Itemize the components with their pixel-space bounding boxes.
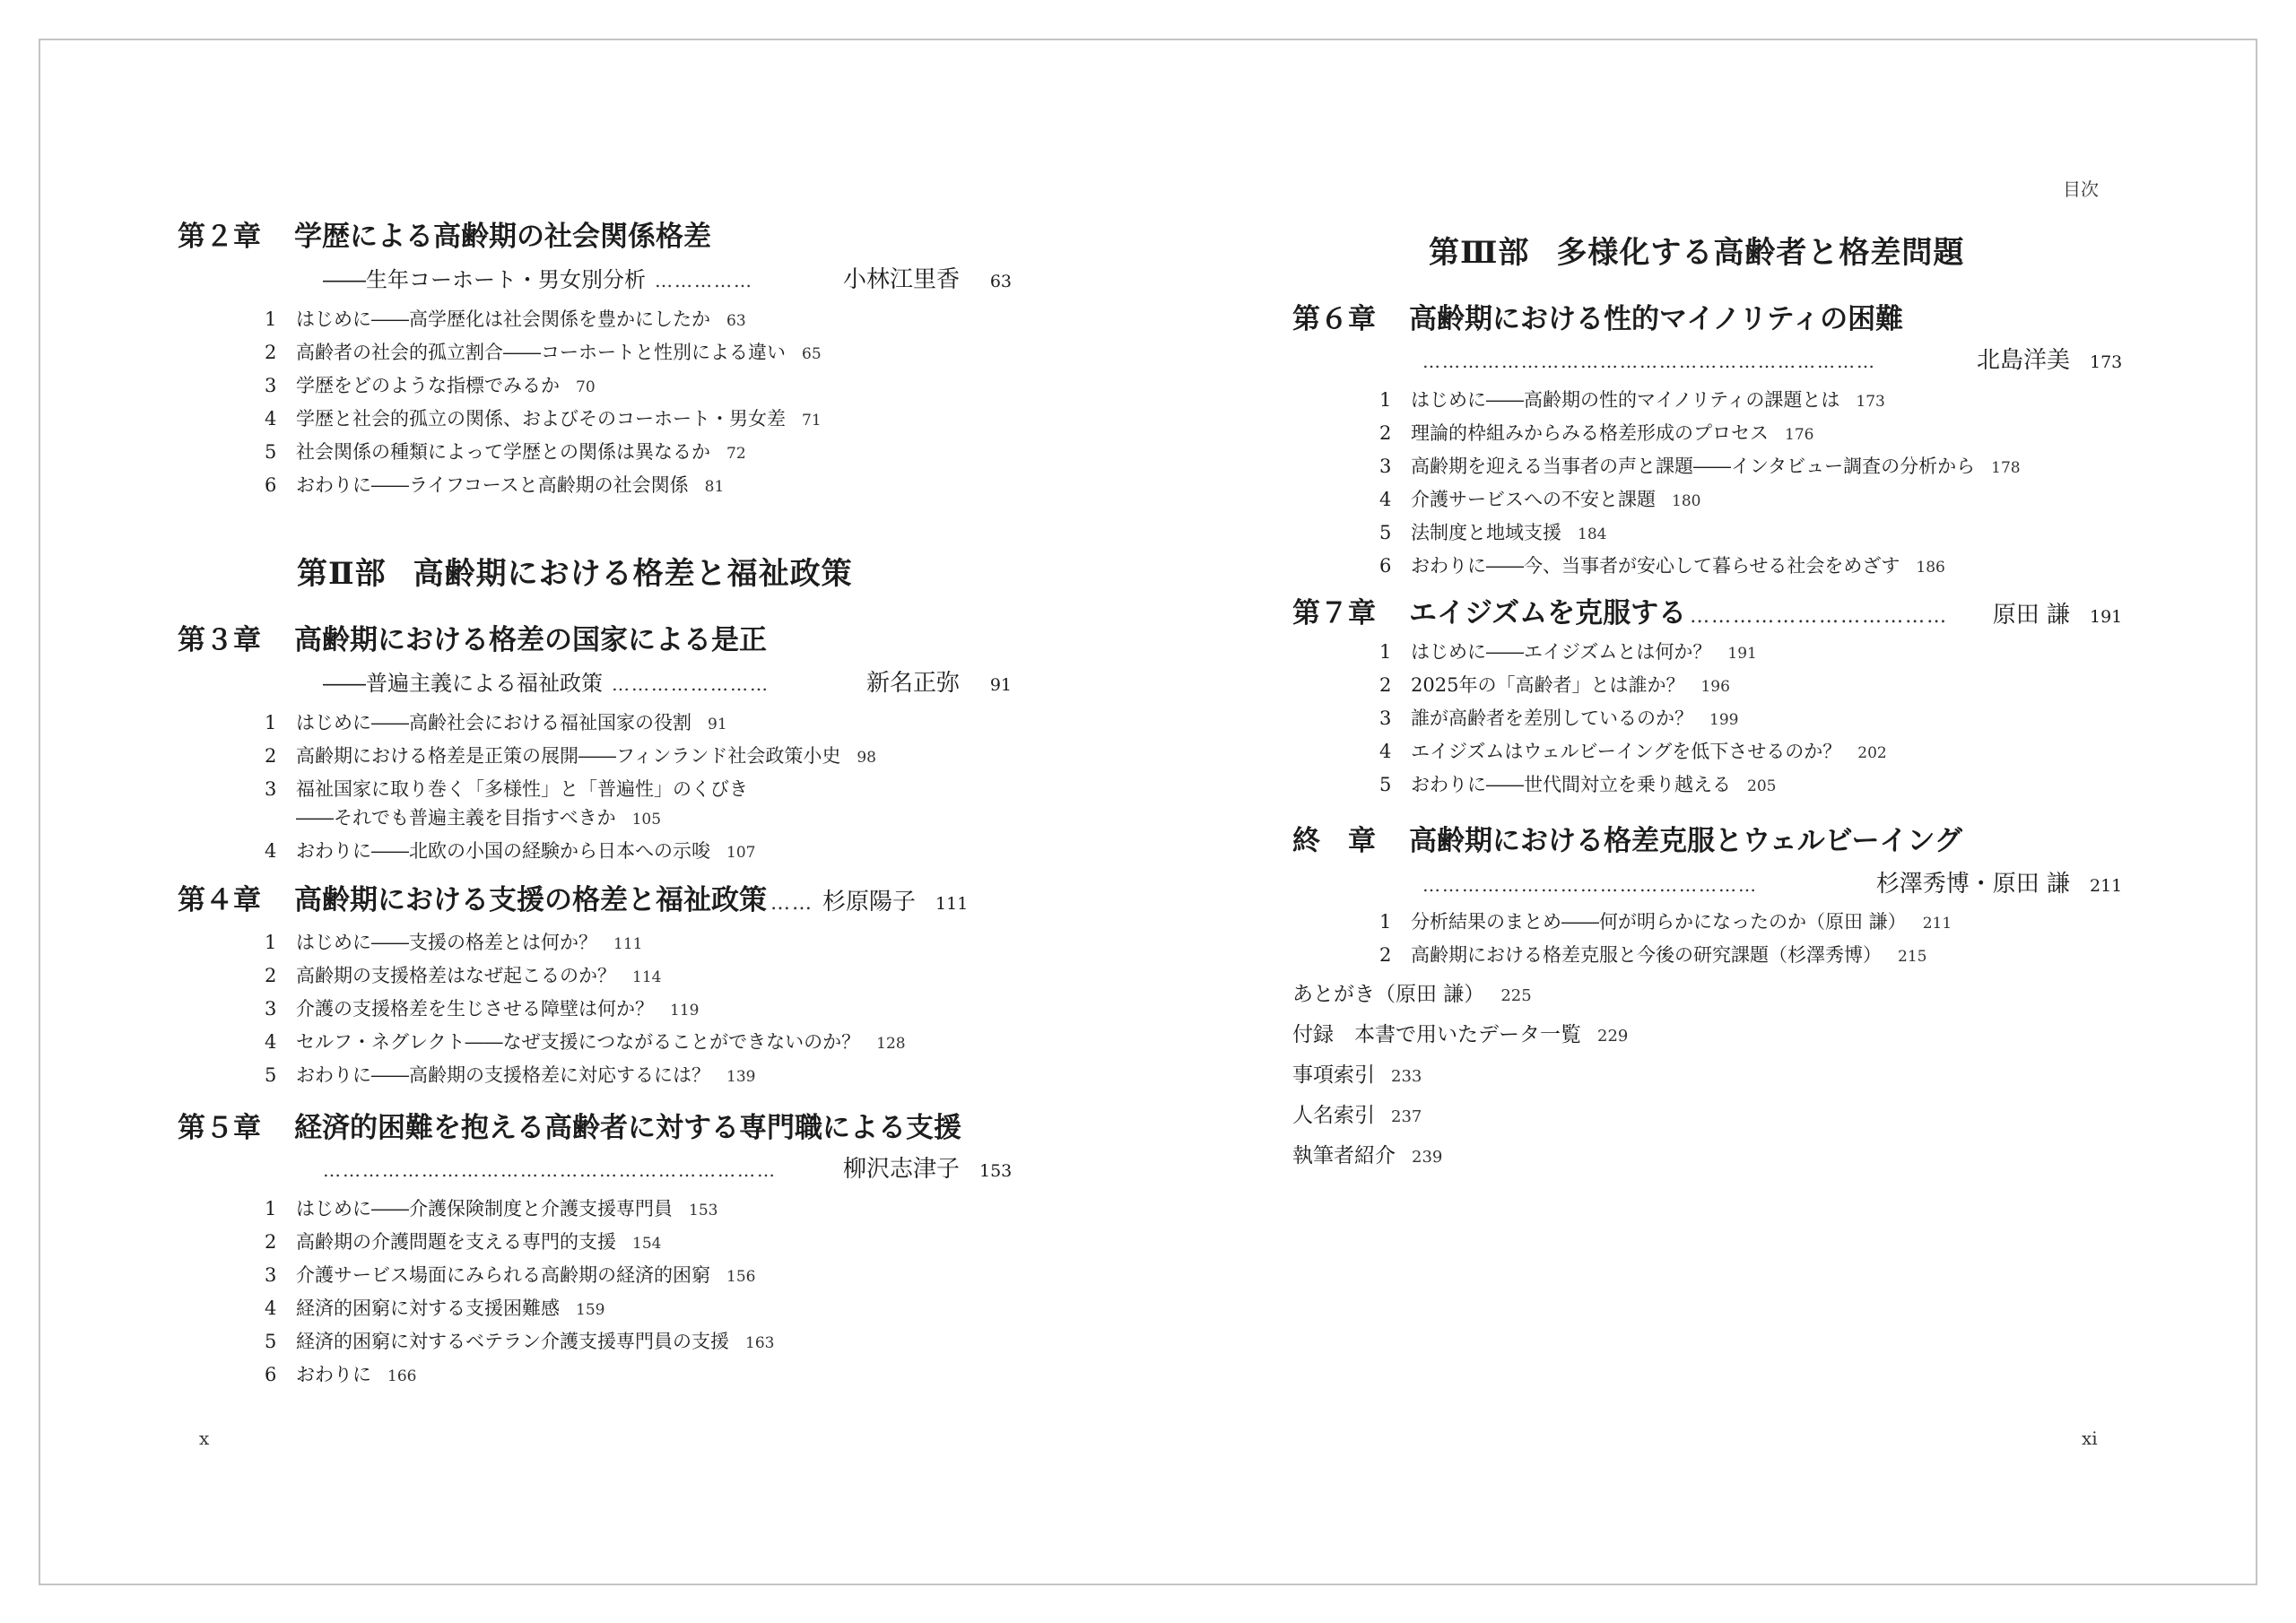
section-page-number: 154 bbox=[632, 1235, 661, 1253]
section-title: 高齢者の社会的孤立割合――コーホートと性別による違い bbox=[296, 338, 786, 365]
chapter-label: 第６章 bbox=[1292, 296, 1409, 336]
section-number: 5 bbox=[1379, 522, 1411, 543]
section-item[interactable]: 5経済的困窮に対するベテラン介護支援専門員の支援163 bbox=[265, 1327, 1012, 1360]
section-list: 1はじめに――高学歴化は社会関係を豊かにしたか63 2高齢者の社会的孤立割合――… bbox=[178, 305, 1012, 504]
section-number: 3 bbox=[265, 998, 296, 1020]
chapter-page-number: 211 bbox=[2090, 876, 2122, 896]
section-title: 介護サービス場面にみられる高齢期の経済的困窮 bbox=[296, 1261, 710, 1288]
section-item[interactable]: 4学歴と社会的孤立の関係、およびそのコーホート・男女差71 bbox=[265, 404, 1012, 438]
section-item[interactable]: 2高齢期における格差克服と今後の研究課題（杉澤秀博）215 bbox=[1379, 941, 2122, 974]
section-item[interactable]: 6おわりに――今、当事者が安心して暮らせる社会をめざす186 bbox=[1379, 551, 2122, 585]
section-item[interactable]: 3介護の支援格差を生じさせる障壁は何か？119 bbox=[265, 994, 1012, 1028]
section-number: 3 bbox=[1379, 707, 1411, 729]
part-label: 第Ⅲ部 bbox=[1429, 235, 1529, 271]
section-item[interactable]: 5社会関係の種類によって学歴との関係は異なるか72 bbox=[265, 438, 1012, 471]
chapter-author: 北島洋美 bbox=[1977, 342, 2070, 375]
section-number: 6 bbox=[265, 1364, 296, 1385]
section-number: 4 bbox=[1379, 741, 1411, 762]
section-title: 誰が高齢者を差別しているのか？ bbox=[1411, 704, 1693, 731]
chapter-author: 新名正弥 bbox=[866, 664, 960, 698]
chapter-heading[interactable]: 第５章 経済的困難を抱える高齢者に対する専門職による支援 bbox=[178, 1105, 1012, 1145]
section-item[interactable]: 1はじめに――高齢期の性的マイノリティの課題とは173 bbox=[1379, 386, 2122, 419]
chapter-byline: ――生年コーホート・男女別分析 …………… 小林江里香 63 bbox=[178, 261, 1012, 294]
section-item[interactable]: 3誰が高齢者を差別しているのか？199 bbox=[1379, 704, 2122, 737]
section-title: 高齢期の介護問題を支える専門的支援 bbox=[296, 1228, 616, 1254]
section-item[interactable]: 5おわりに――世代間対立を乗り越える205 bbox=[1379, 770, 2122, 803]
section-number: 4 bbox=[265, 1031, 296, 1053]
section-title: はじめに――高齢社会における福祉国家の役割 bbox=[296, 708, 691, 735]
chapter-title-text: エイジズムを克服する bbox=[1409, 590, 1686, 630]
section-page-number: 176 bbox=[1785, 426, 1813, 444]
section-title: 分析結果のまとめ――何が明らかになったのか（原田 謙） bbox=[1411, 907, 1907, 934]
section-item[interactable]: 3高齢期を迎える当事者の声と課題――インタビュー調査の分析から178 bbox=[1379, 452, 2122, 485]
section-title: 介護の支援格差を生じさせる障壁は何か？ bbox=[296, 994, 654, 1021]
section-page-number: 180 bbox=[1672, 492, 1700, 510]
back-matter-title: 人名索引 bbox=[1292, 1098, 1375, 1128]
chapter-page-number: 173 bbox=[2090, 352, 2122, 372]
section-page-number: 191 bbox=[1727, 645, 1756, 663]
section-page-number: 98 bbox=[857, 749, 876, 767]
back-matter-list: あとがき（原田 謙）225 付録 本書で用いたデータ一覧229 事項索引233 … bbox=[1292, 977, 2122, 1179]
section-number: 2 bbox=[265, 1231, 296, 1253]
section-page-number: 71 bbox=[802, 412, 822, 430]
dot-leader: …………………………………………… bbox=[1422, 874, 1864, 896]
dot-leader: …………………… bbox=[612, 673, 854, 695]
section-title: はじめに――エイジズムとは何か？ bbox=[1411, 638, 1711, 664]
section-title: 介護サービスへの不安と課題 bbox=[1411, 485, 1656, 512]
section-number: 1 bbox=[265, 308, 296, 330]
part-3-heading[interactable]: 第Ⅲ部多様化する高齢者と格差問題 bbox=[1292, 228, 2258, 272]
chapter-2: 第２章 学歴による高齢期の社会関係格差 ――生年コーホート・男女別分析 …………… bbox=[178, 213, 1012, 504]
section-page-number: 215 bbox=[1898, 948, 1926, 966]
section-list: 1分析結果のまとめ――何が明らかになったのか（原田 謙）211 2高齢期における… bbox=[1292, 907, 2122, 974]
section-page-number: 70 bbox=[576, 378, 596, 396]
chapter-label: 第３章 bbox=[178, 617, 294, 657]
section-page-number: 91 bbox=[708, 716, 727, 733]
section-number: 1 bbox=[1379, 389, 1411, 411]
section-item[interactable]: 6おわりに――ライフコースと高齢期の社会関係81 bbox=[265, 471, 1012, 504]
part-title-text: 高齢期における格差と福祉政策 bbox=[413, 556, 853, 592]
back-matter-page-number: 239 bbox=[1412, 1148, 1442, 1167]
section-title: 学歴と社会的孤立の関係、およびそのコーホート・男女差 bbox=[296, 404, 786, 431]
section-list: 1はじめに――エイジズムとは何か？191 22025年の「高齢者」とは誰か？19… bbox=[1292, 638, 2122, 803]
section-page-number: 128 bbox=[876, 1035, 905, 1053]
section-item[interactable]: 3介護サービス場面にみられる高齢期の経済的困窮156 bbox=[265, 1261, 1012, 1294]
section-page-number: 139 bbox=[726, 1068, 755, 1086]
section-item[interactable]: 1はじめに――高学歴化は社会関係を豊かにしたか63 bbox=[265, 305, 1012, 338]
section-item[interactable]: 22025年の「高齢者」とは誰か？196 bbox=[1379, 671, 2122, 704]
section-item[interactable]: 1はじめに――介護保険制度と介護支援専門員153 bbox=[265, 1194, 1012, 1228]
section-number: 1 bbox=[265, 712, 296, 733]
chapter-7: 第７章 エイジズムを克服する ……………………………… 原田 謙 191 1はじ… bbox=[1292, 590, 2122, 803]
section-title: はじめに――支援の格差とは何か？ bbox=[296, 928, 597, 955]
chapter-4: 第４章 高齢期における支援の格差と福祉政策 …… 杉原陽子 111 1はじめに―… bbox=[178, 877, 1012, 1094]
chapter-title-text: 高齢期における性的マイノリティの困難 bbox=[1409, 296, 1903, 336]
chapter-6: 第６章 高齢期における性的マイノリティの困難 ……………………………………………… bbox=[1292, 296, 2122, 585]
back-matter-item[interactable]: 執筆者紹介239 bbox=[1292, 1139, 2122, 1179]
part-label: 第Ⅱ部 bbox=[297, 556, 387, 592]
section-title: はじめに――高齢期の性的マイノリティの課題とは bbox=[1411, 386, 1839, 412]
section-item[interactable]: 2高齢期の支援格差はなぜ起こるのか？114 bbox=[265, 961, 1012, 994]
section-item[interactable]: 1分析結果のまとめ――何が明らかになったのか（原田 謙）211 bbox=[1379, 907, 2122, 941]
section-page-number: 153 bbox=[689, 1202, 717, 1219]
section-number: 2 bbox=[1379, 674, 1411, 696]
chapter-page-number: 191 bbox=[2090, 607, 2122, 627]
section-page-number: 65 bbox=[802, 345, 822, 363]
section-page-number: 107 bbox=[726, 844, 755, 862]
dot-leader: …………………………………………………………… bbox=[323, 1159, 831, 1181]
section-list: 1はじめに――高齢社会における福祉国家の役割91 2高齢期における格差是正策の展… bbox=[178, 708, 1012, 870]
section-page-number: 63 bbox=[726, 312, 746, 330]
back-matter-page-number: 237 bbox=[1391, 1107, 1422, 1126]
section-number: 4 bbox=[265, 408, 296, 430]
section-item[interactable]: 2高齢者の社会的孤立割合――コーホートと性別による違い65 bbox=[265, 338, 1012, 371]
chapter-page-number: 91 bbox=[979, 675, 1012, 695]
chapter-byline: …………………………………………………………… 柳沢志津子 153 bbox=[178, 1150, 1012, 1184]
section-title: おわりに bbox=[296, 1360, 371, 1387]
dot-leader: …………………………………………………………… bbox=[1422, 351, 1964, 372]
section-item[interactable]: 6おわりに166 bbox=[265, 1360, 1012, 1393]
section-title: おわりに――ライフコースと高齢期の社会関係 bbox=[296, 471, 689, 498]
chapter-byline: ――普遍主義による福祉政策 …………………… 新名正弥 91 bbox=[178, 664, 1012, 698]
section-page-number: 105 bbox=[632, 811, 661, 829]
section-title: 高齢期の支援格差はなぜ起こるのか？ bbox=[296, 961, 616, 988]
section-page-number: 114 bbox=[632, 968, 661, 986]
section-page-number: 81 bbox=[705, 478, 725, 496]
section-page-number: 211 bbox=[1923, 915, 1952, 933]
chapter-title-text: 高齢期における支援の格差と福祉政策 bbox=[294, 877, 767, 917]
chapter-title-text: 学歴による高齢期の社会関係格差 bbox=[294, 213, 711, 254]
chapter-title-text: 高齢期における格差の国家による是正 bbox=[294, 617, 767, 657]
section-number: 6 bbox=[265, 474, 296, 496]
chapter-author: 杉澤秀博・原田 謙 bbox=[1876, 865, 2070, 898]
section-number: 2 bbox=[265, 342, 296, 363]
section-title: 高齢期を迎える当事者の声と課題――インタビュー調査の分析から bbox=[1411, 452, 1975, 479]
back-matter-page-number: 233 bbox=[1391, 1067, 1422, 1086]
dot-leader: …… bbox=[770, 892, 813, 915]
section-page-number: 72 bbox=[726, 445, 746, 463]
section-number: 1 bbox=[1379, 911, 1411, 933]
section-title: エイジズムはウェルビーイングを低下させるのか？ bbox=[1411, 737, 1841, 764]
section-title: おわりに――今、当事者が安心して暮らせる社会をめざす bbox=[1411, 551, 1900, 578]
section-item[interactable]: 4おわりに――北欧の小国の経験から日本への示唆107 bbox=[265, 837, 1012, 870]
chapter-byline: …………………………………………………………… 北島洋美 173 bbox=[1292, 342, 2122, 375]
section-title: おわりに――北欧の小国の経験から日本への示唆 bbox=[296, 837, 710, 864]
section-item[interactable]: 4エイジズムはウェルビーイングを低下させるのか？202 bbox=[1379, 737, 2122, 770]
chapter-label: 終 章 bbox=[1292, 818, 1409, 858]
section-page-number: 119 bbox=[670, 1002, 699, 1020]
back-matter-page-number: 225 bbox=[1500, 986, 1531, 1005]
section-title: はじめに――高学歴化は社会関係を豊かにしたか bbox=[296, 305, 710, 332]
chapter-5: 第５章 経済的困難を抱える高齢者に対する専門職による支援 ……………………………… bbox=[178, 1105, 1012, 1393]
section-number: 1 bbox=[1379, 641, 1411, 663]
section-number: 5 bbox=[265, 1064, 296, 1086]
chapter-3: 第３章 高齢期における格差の国家による是正 ――普遍主義による福祉政策 …………… bbox=[178, 617, 1012, 870]
section-item[interactable]: 5おわりに――高齢期の支援格差に対応するには？139 bbox=[265, 1061, 1012, 1094]
section-title: 社会関係の種類によって学歴との関係は異なるか bbox=[296, 438, 710, 464]
section-item[interactable]: 1はじめに――高齢社会における福祉国家の役割91 bbox=[265, 708, 1012, 742]
part-2-heading[interactable]: 第Ⅱ部高齢期における格差と福祉政策 bbox=[178, 549, 1131, 593]
section-title: 経済的困窮に対するベテラン介護支援専門員の支援 bbox=[296, 1327, 729, 1354]
section-number: 1 bbox=[265, 1198, 296, 1219]
chapter-heading[interactable]: 第２章 学歴による高齢期の社会関係格差 bbox=[178, 213, 1012, 254]
section-number: 5 bbox=[265, 441, 296, 463]
section-title: おわりに――世代間対立を乗り越える bbox=[1411, 770, 1731, 797]
chapter-label: 第２章 bbox=[178, 213, 294, 254]
section-page-number: 159 bbox=[576, 1301, 604, 1319]
section-page-number: 178 bbox=[1991, 459, 2020, 477]
section-title: 法制度と地域支援 bbox=[1411, 518, 1561, 545]
section-title: はじめに――介護保険制度と介護支援専門員 bbox=[296, 1194, 673, 1221]
section-page-number: 205 bbox=[1747, 777, 1776, 795]
section-number: 3 bbox=[265, 375, 296, 396]
section-number: 6 bbox=[1379, 555, 1411, 577]
section-number: 3 bbox=[265, 778, 296, 800]
chapter-author: 杉原陽子 bbox=[822, 883, 916, 916]
section-item[interactable]: 4セルフ・ネグレクト――なぜ支援につながることができないのか？128 bbox=[265, 1028, 1012, 1061]
section-title: 経済的困窮に対する支援困難感 bbox=[296, 1294, 560, 1321]
chapter-page-number: 153 bbox=[979, 1161, 1012, 1181]
back-matter-page-number: 229 bbox=[1597, 1027, 1628, 1046]
section-number: 2 bbox=[1379, 944, 1411, 966]
section-title: 福祉国家に取り巻く「多様性」と「普遍性」のくびき bbox=[296, 775, 748, 802]
back-matter-title: 執筆者紹介 bbox=[1292, 1139, 1396, 1168]
chapter-author: 柳沢志津子 bbox=[843, 1150, 960, 1184]
section-title: 学歴をどのような指標でみるか bbox=[296, 371, 560, 398]
chapter-label: 第７章 bbox=[1292, 590, 1409, 630]
chapter-subtitle: ――普遍主義による福祉政策 bbox=[323, 665, 603, 697]
chapter-heading[interactable]: 第４章 高齢期における支援の格差と福祉政策 …… 杉原陽子 111 bbox=[178, 877, 1012, 917]
section-item[interactable]: 3福祉国家に取り巻く「多様性」と「普遍性」のくびき ――それでも普遍主義を目指す… bbox=[265, 775, 1012, 837]
section-page-number: 163 bbox=[745, 1334, 774, 1352]
chapter-heading[interactable]: 終 章 高齢期における格差克服とウェルビーイング bbox=[1292, 818, 2122, 858]
chapter-author: 小林江里香 bbox=[843, 261, 960, 294]
dot-leader: ……………………………… bbox=[1690, 605, 1984, 628]
section-item[interactable]: 1はじめに――エイジズムとは何か？191 bbox=[1379, 638, 2122, 671]
back-matter-title: 事項索引 bbox=[1292, 1058, 1375, 1088]
section-item[interactable]: 2高齢期の介護問題を支える専門的支援154 bbox=[265, 1228, 1012, 1261]
section-number: 2 bbox=[265, 745, 296, 767]
part-title-text: 多様化する高齢者と格差問題 bbox=[1556, 235, 1964, 271]
section-number: 4 bbox=[265, 840, 296, 862]
section-number: 5 bbox=[265, 1331, 296, 1352]
chapter-title-text: 経済的困難を抱える高齢者に対する専門職による支援 bbox=[294, 1105, 961, 1145]
dot-leader: …………… bbox=[655, 270, 831, 291]
back-matter-item[interactable]: 事項索引233 bbox=[1292, 1058, 2122, 1098]
section-page-number: 202 bbox=[1857, 744, 1886, 762]
chapter-author: 原田 謙 bbox=[1993, 596, 2070, 629]
section-number: 3 bbox=[265, 1264, 296, 1286]
section-page-number: 111 bbox=[613, 935, 642, 953]
section-number: 1 bbox=[265, 932, 296, 953]
section-page-number: 186 bbox=[1916, 559, 1944, 577]
folio-right-page-number: xi bbox=[2082, 1428, 2098, 1449]
section-title: 2025年の「高齢者」とは誰か？ bbox=[1411, 671, 1684, 698]
section-title: 理論的枠組みからみる格差形成のプロセス bbox=[1411, 419, 1769, 446]
section-item[interactable]: 5法制度と地域支援184 bbox=[1379, 518, 2122, 551]
section-number: 2 bbox=[265, 965, 296, 986]
section-title: 高齢期における格差克服と今後の研究課題（杉澤秀博） bbox=[1411, 941, 1882, 968]
chapter-label: 第５章 bbox=[178, 1105, 294, 1145]
final-chapter: 終 章 高齢期における格差克服とウェルビーイング ………………………………………… bbox=[1292, 818, 2122, 974]
section-page-number: 166 bbox=[387, 1367, 416, 1385]
back-matter-title: あとがき（原田 謙） bbox=[1292, 977, 1484, 1007]
section-number: 3 bbox=[1379, 456, 1411, 477]
folio-left-page-number: x bbox=[199, 1428, 209, 1449]
section-page-number: 156 bbox=[726, 1268, 755, 1286]
chapter-page-number: 111 bbox=[935, 894, 968, 914]
chapter-page-number: 63 bbox=[979, 272, 1012, 291]
section-list: 1はじめに――支援の格差とは何か？111 2高齢期の支援格差はなぜ起こるのか？1… bbox=[178, 928, 1012, 1094]
chapter-title-text: 高齢期における格差克服とウェルビーイング bbox=[1409, 818, 1962, 858]
section-title: おわりに――高齢期の支援格差に対応するには？ bbox=[296, 1061, 710, 1088]
chapter-byline: …………………………………………… 杉澤秀博・原田 謙 211 bbox=[1292, 865, 2122, 898]
chapter-subtitle: ――生年コーホート・男女別分析 bbox=[323, 262, 646, 293]
back-matter-item[interactable]: あとがき（原田 謙）225 bbox=[1292, 977, 2122, 1018]
running-head: 目次 bbox=[2063, 175, 2099, 201]
chapter-label: 第４章 bbox=[178, 877, 294, 917]
section-item[interactable]: 3学歴をどのような指標でみるか70 bbox=[265, 371, 1012, 404]
section-page-number: 184 bbox=[1578, 525, 1606, 543]
chapter-heading[interactable]: 第６章 高齢期における性的マイノリティの困難 bbox=[1292, 296, 2122, 336]
section-title: セルフ・ネグレクト――なぜ支援につながることができないのか？ bbox=[296, 1028, 860, 1055]
section-item[interactable]: 1はじめに――支援の格差とは何か？111 bbox=[265, 928, 1012, 961]
section-page-number: 196 bbox=[1700, 678, 1729, 696]
section-item[interactable]: 4経済的困窮に対する支援困難感159 bbox=[265, 1294, 1012, 1327]
back-matter-title: 付録 本書で用いたデータ一覧 bbox=[1292, 1018, 1581, 1047]
chapter-heading[interactable]: 第３章 高齢期における格差の国家による是正 bbox=[178, 617, 1012, 657]
back-matter-item[interactable]: 人名索引237 bbox=[1292, 1098, 2122, 1139]
section-list: 1はじめに――介護保険制度と介護支援専門員153 2高齢期の介護問題を支える専門… bbox=[178, 1194, 1012, 1393]
section-number: 5 bbox=[1379, 774, 1411, 795]
section-title-continuation: ――それでも普遍主義を目指すべきか bbox=[296, 803, 616, 830]
section-item[interactable]: 2理論的枠組みからみる格差形成のプロセス176 bbox=[1379, 419, 2122, 452]
section-number: 4 bbox=[265, 1298, 296, 1319]
section-number: 2 bbox=[1379, 422, 1411, 444]
back-matter-item[interactable]: 付録 本書で用いたデータ一覧229 bbox=[1292, 1018, 2122, 1058]
section-page-number: 199 bbox=[1709, 711, 1738, 729]
chapter-heading[interactable]: 第７章 エイジズムを克服する ……………………………… 原田 謙 191 bbox=[1292, 590, 2122, 630]
section-item[interactable]: 2高齢期における格差是正策の展開――フィンランド社会政策小史98 bbox=[265, 742, 1012, 775]
section-title: 高齢期における格差是正策の展開――フィンランド社会政策小史 bbox=[296, 742, 840, 768]
section-list: 1はじめに――高齢期の性的マイノリティの課題とは173 2理論的枠組みからみる格… bbox=[1292, 386, 2122, 585]
section-item[interactable]: 4介護サービスへの不安と課題180 bbox=[1379, 485, 2122, 518]
section-page-number: 173 bbox=[1856, 393, 1884, 411]
section-number: 4 bbox=[1379, 489, 1411, 510]
